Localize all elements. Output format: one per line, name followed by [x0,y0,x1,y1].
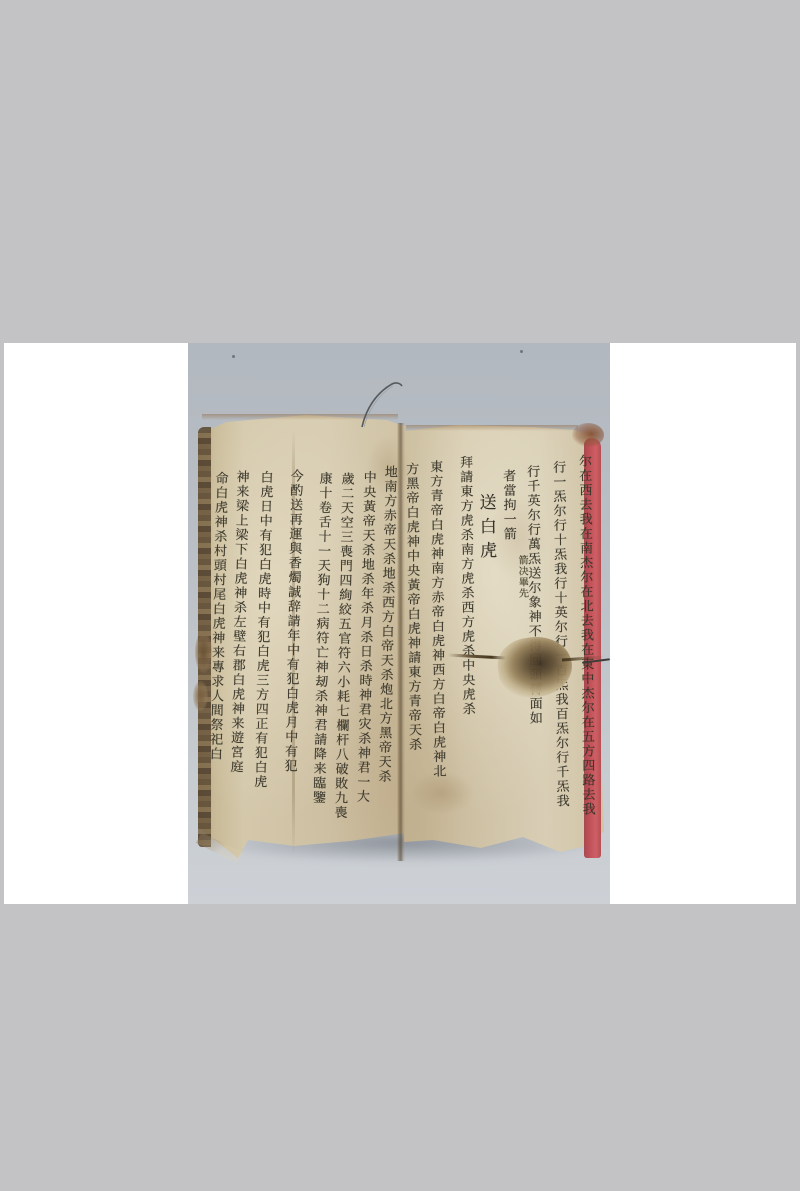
white-margin-right [610,343,796,904]
inline-annotation: 箭决畢先 [507,555,526,599]
left-page-text: 地南方赤帝天杀地杀西方白帝天杀炮北方黑帝天杀 中央黃帝天杀地杀年杀月杀日杀時神君… [189,411,405,862]
manuscript-column: 尔在西去我在南杰尔在北去我在東中杰尔在五方四路去我 [571,454,594,817]
manuscript-column: 白虎日中有犯白虎時中有犯白虎三方四正有犯白虎 [246,470,272,789]
edge-tear [195,631,212,673]
white-margin-left [4,343,188,904]
binding-thread [358,379,406,431]
manuscript-column: 行一炁尔行十炁我行十英尔行一百炁我百炁尔行千炁我 [545,460,568,808]
page-background: 尔在西去我在南杰尔在北去我在東中杰尔在五方四路去我 行一炁尔行十炁我行十英尔行一… [0,0,800,1191]
photo-speck [232,355,235,358]
manuscript-column: 者當拘一箭 [495,469,515,542]
photo-speck [520,350,523,353]
manuscript-photo: 尔在西去我在南杰尔在北去我在東中杰尔在五方四路去我 行一炁尔行十炁我行十英尔行一… [188,343,610,904]
right-page-text: 尔在西去我在南杰尔在北去我在東中杰尔在五方四路去我 行一炁尔行十炁我行十英尔行一… [402,420,607,865]
edge-tear [193,681,208,711]
manuscript-column: 今酌送再運與香燭誠辞請年中有犯白虎月中有犯 [276,469,301,774]
manuscript-column: 東方青帝白虎神南方赤帝白虎神西方白帝白虎神北 [422,460,444,779]
manuscript-column: 拜請東方虎杀南方虎杀西方虎杀中央虎杀 [452,455,474,716]
section-title-song-baihu: 送白虎 [474,493,494,565]
